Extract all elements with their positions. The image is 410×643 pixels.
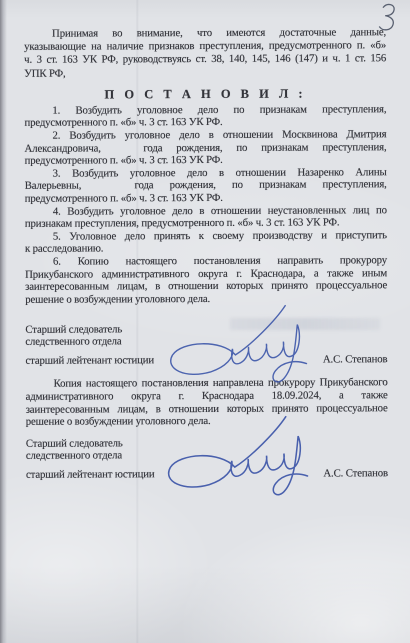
text-line: решение о возбуждении уголовного дела.: [26, 414, 388, 428]
officer-rank: старший лейтенант юстиции: [25, 355, 154, 369]
resolution-item-2: 2. Возбудить уголовное дело в отношении …: [24, 128, 386, 167]
text-line: заинтересованным лицам, в отношении кото…: [25, 279, 387, 293]
document-page: Принимая во внимание, что имеются достат…: [0, 0, 410, 643]
page-number: [378, 2, 398, 37]
text-line: признакам преступления, предусмотренного…: [25, 216, 387, 230]
text-line: 1. Возбудить уголовное дело по признакам…: [24, 103, 386, 117]
text-line: заинтересованным лицам, в отношении кото…: [26, 402, 388, 416]
officer-name: А.С. Степанов: [323, 354, 388, 367]
text-line: решение о возбуждении уголовного дела.: [25, 292, 387, 306]
text-line: 2. Возбудить уголовное дело в отношении …: [24, 128, 386, 142]
resolution-heading: П О С Т А Н О В И Л :: [24, 86, 386, 103]
text-line: 5. Уголовное дело принять к своему произ…: [25, 229, 387, 243]
handwritten-3-icon: [376, 1, 400, 33]
resolution-item-1: 1. Возбудить уголовное дело по признакам…: [24, 103, 386, 130]
copy-note-paragraph: Копия настоящего постановления направлен…: [26, 377, 388, 429]
resolution-item-4: 4. Возбудить уголовное дело в отношении …: [25, 204, 387, 231]
document-body: Принимая во внимание, что имеются достат…: [24, 26, 388, 481]
officer-position-line2: следственного отдела: [26, 448, 388, 462]
officer-rank: старший лейтенант юстиции: [26, 468, 155, 482]
officer-name: А.С. Степанов: [323, 467, 388, 480]
text-line: УПК РФ,: [24, 66, 386, 81]
resolution-item-5: 5. Уголовное дело принять к своему произ…: [25, 229, 387, 256]
signature-block-1: Старший следователь следственного отдела…: [25, 323, 387, 369]
officer-position-line2: следственного отдела: [25, 335, 387, 349]
text-line: Александровича, года рождения, по призна…: [25, 141, 387, 155]
text-line: административного округа г. Краснодара 1…: [26, 389, 388, 403]
signature-block-2: Старший следователь следственного отдела…: [26, 436, 388, 482]
intro-paragraph: Принимая во внимание, что имеются достат…: [24, 26, 386, 80]
resolution-item-6: 6. Копию настоящего постановления направ…: [25, 254, 387, 306]
scan-edge-shadow: [0, 0, 7, 643]
resolution-item-3: 3. Возбудить уголовное дело в отношении …: [25, 166, 387, 205]
text-line: ч. 3 ст. 163 УК РФ, руководствуясь ст. 3…: [24, 53, 386, 68]
text-line: Валерьевны, года рождения, по признакам …: [25, 179, 387, 193]
text-line: 6. Копию настоящего постановления направ…: [25, 254, 387, 268]
